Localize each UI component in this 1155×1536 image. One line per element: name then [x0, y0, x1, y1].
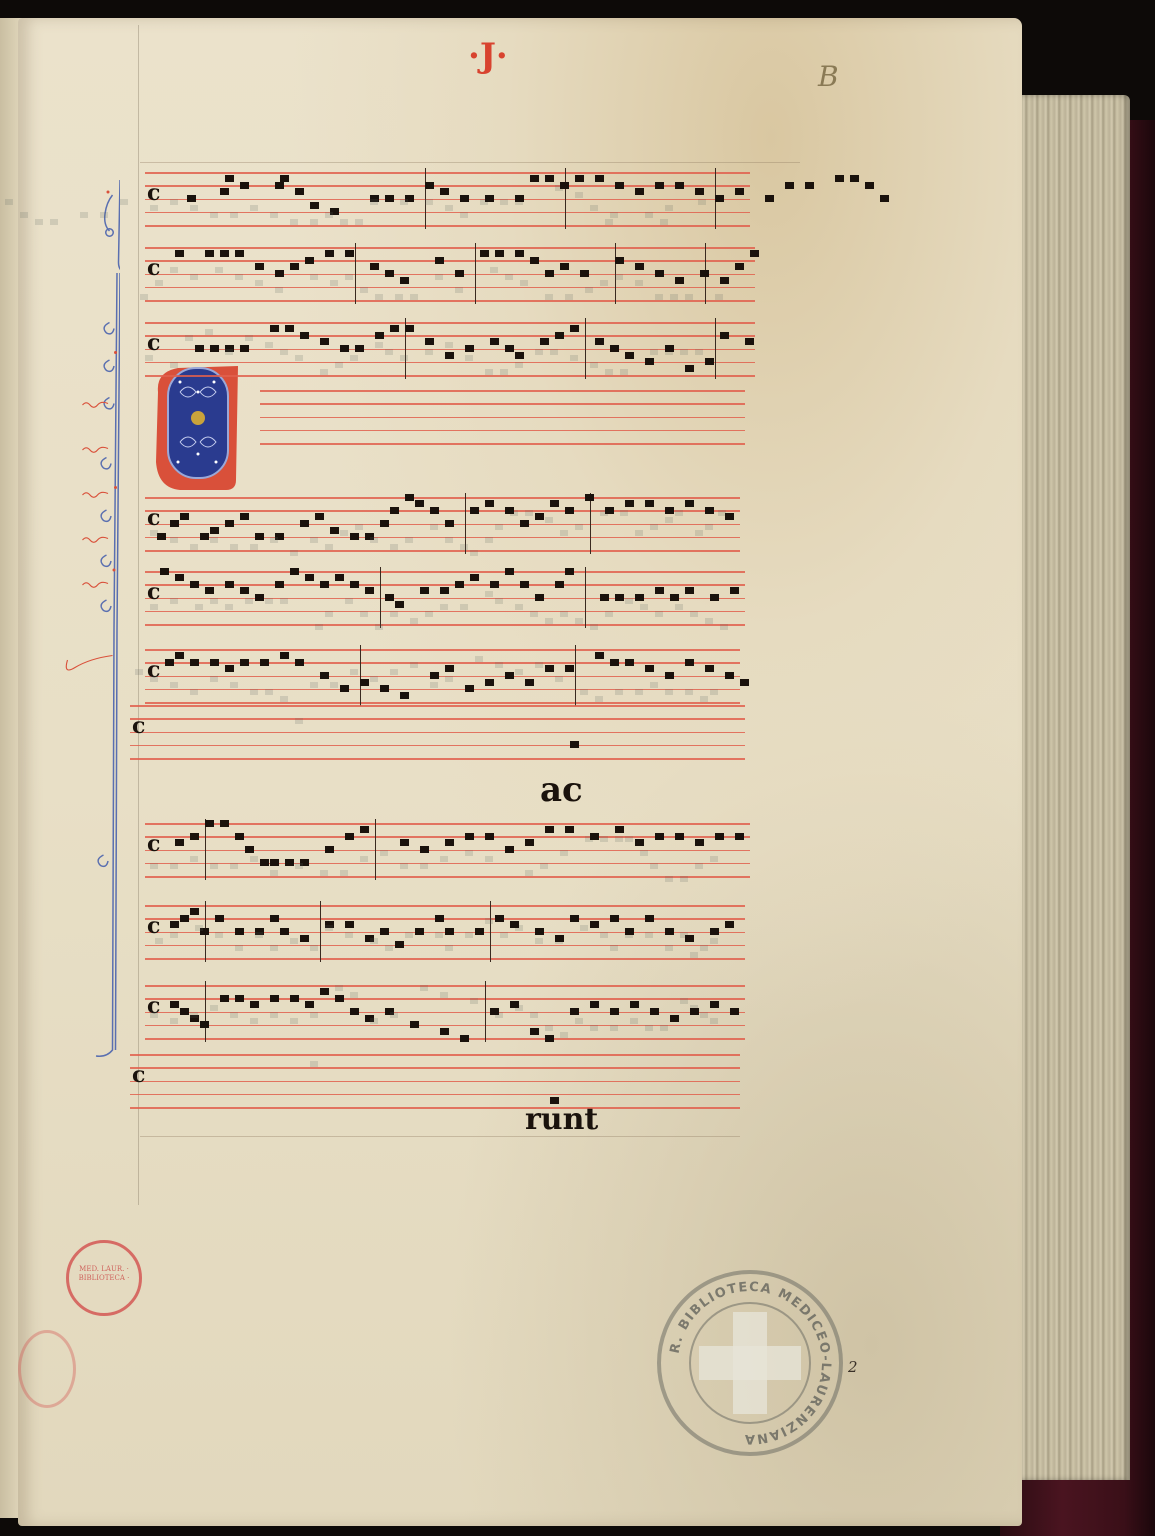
bleed-through-mark [195, 604, 203, 610]
bar-line [475, 243, 476, 304]
neume-note [225, 520, 234, 527]
bleed-through-mark [555, 676, 563, 682]
neume-note [380, 520, 389, 527]
neume-note [190, 659, 199, 666]
neume-note [385, 195, 394, 202]
neume-note [260, 659, 269, 666]
neume-note [175, 574, 184, 581]
bleed-through-mark [485, 369, 493, 375]
neume-note [645, 358, 654, 365]
initial-letter-u [150, 362, 248, 492]
neume-note [555, 935, 564, 942]
staff-line [145, 362, 755, 364]
neume-note [695, 839, 704, 846]
neume-note [485, 500, 494, 507]
bleed-through-mark [560, 850, 568, 856]
bleed-through-mark [5, 199, 13, 205]
neume-note [295, 659, 304, 666]
bleed-through-mark [225, 349, 233, 355]
neume-note [690, 1008, 699, 1015]
neume-note [275, 182, 284, 189]
neume-note [400, 277, 409, 284]
bleed-through-mark [660, 1025, 668, 1031]
bleed-through-mark [190, 689, 198, 695]
bleed-through-mark [455, 287, 463, 293]
neume-note [350, 1008, 359, 1015]
neume-note [435, 257, 444, 264]
neume-note [280, 175, 289, 182]
neume-note [535, 928, 544, 935]
bleed-through-mark [230, 863, 238, 869]
neume-note [560, 263, 569, 270]
neume-note [525, 679, 534, 686]
staff-line [130, 1094, 740, 1096]
bleed-through-mark [170, 682, 178, 688]
staff-line [145, 676, 740, 678]
neume-note [725, 513, 734, 520]
bleed-through-mark [170, 362, 178, 368]
bleed-through-mark [170, 199, 178, 205]
neume-note [460, 1035, 469, 1042]
bleed-through-mark [595, 696, 603, 702]
neume-note [590, 1001, 599, 1008]
neume-note [595, 175, 604, 182]
neume-note [240, 587, 249, 594]
bleed-through-mark [390, 611, 398, 617]
staff-line [145, 322, 755, 324]
staff-line [145, 375, 755, 377]
neume-note [630, 1001, 639, 1008]
neume-note [430, 507, 439, 514]
neume-note [740, 679, 749, 686]
bleed-through-mark [530, 611, 538, 617]
staff-line [260, 403, 745, 405]
neume-note [330, 527, 339, 534]
bleed-through-mark [700, 945, 708, 951]
neume-note [470, 574, 479, 581]
neume-note [355, 345, 364, 352]
neume-note [350, 533, 359, 540]
staff-line [145, 225, 750, 227]
neume-note [545, 665, 554, 672]
bleed-through-mark [295, 863, 303, 869]
bar-line [565, 168, 566, 229]
bleed-through-mark [485, 537, 493, 543]
bleed-through-mark [185, 335, 193, 341]
bleed-through-mark [190, 544, 198, 550]
bleed-through-mark [495, 598, 503, 604]
staff-line [260, 430, 745, 432]
bleed-through-mark [580, 689, 588, 695]
bleed-through-mark [385, 945, 393, 951]
bleed-through-mark [360, 287, 368, 293]
neume-note [365, 587, 374, 594]
neume-note [415, 500, 424, 507]
neume-note [395, 601, 404, 608]
bleed-through-mark [250, 1018, 258, 1024]
neume-note [610, 1008, 619, 1015]
manuscript-leaf [18, 18, 1022, 1526]
bleed-through-mark [425, 199, 433, 205]
neume-note [715, 833, 724, 840]
neume-note [590, 833, 599, 840]
bleed-through-mark [645, 932, 653, 938]
neume-note [705, 665, 714, 672]
bleed-through-mark [445, 342, 453, 348]
bar-line [485, 981, 486, 1042]
bleed-through-mark [520, 280, 528, 286]
neume-note [505, 672, 514, 679]
staff-line [145, 349, 755, 351]
bar-line [590, 493, 591, 554]
bleed-through-mark [275, 287, 283, 293]
neume-note [310, 202, 319, 209]
bleed-through-mark [705, 524, 713, 530]
neume-note [455, 581, 464, 588]
bleed-through-mark [255, 932, 263, 938]
ruling-top [140, 162, 800, 163]
bleed-through-mark [500, 932, 508, 938]
bleed-through-mark [290, 938, 298, 944]
bleed-through-mark [485, 918, 493, 924]
neume-note [515, 250, 524, 257]
neume-note [440, 188, 449, 195]
bleed-through-mark [420, 985, 428, 991]
bleed-through-mark [330, 280, 338, 286]
bleed-through-mark [345, 598, 353, 604]
neume-note [730, 1008, 739, 1015]
bleed-through-mark [310, 1012, 318, 1018]
neume-note [350, 581, 359, 588]
neume-note [175, 652, 184, 659]
bleed-through-mark [310, 1061, 318, 1067]
bleed-through-mark [150, 604, 158, 610]
neume-note [210, 527, 219, 534]
bleed-through-mark [215, 267, 223, 273]
neume-note [485, 679, 494, 686]
neume-note [195, 345, 204, 352]
neume-note [565, 507, 574, 514]
c-clef: c [147, 505, 160, 531]
bleed-through-mark [715, 294, 723, 300]
staff-line [145, 537, 740, 539]
neume-note [650, 1008, 659, 1015]
bleed-through-mark [155, 938, 163, 944]
bleed-through-mark [700, 1012, 708, 1018]
bar-line [490, 901, 491, 962]
bleed-through-mark [265, 342, 273, 348]
neume-note [615, 257, 624, 264]
neume-note [560, 182, 569, 189]
bleed-through-mark [665, 945, 673, 951]
bleed-through-mark [435, 274, 443, 280]
stamp-text: MED. LAUR. · BIBLIOTECA · [74, 1265, 134, 1283]
neume-note [290, 263, 299, 270]
neume-note [545, 826, 554, 833]
neume-note [555, 581, 564, 588]
neume-note [325, 846, 334, 853]
bleed-through-mark [698, 199, 706, 205]
staff-line [130, 705, 745, 707]
neume-note [385, 270, 394, 277]
neume-note [470, 507, 479, 514]
neume-note [705, 358, 714, 365]
bleed-through-mark [665, 517, 673, 523]
bar-line [585, 567, 586, 628]
bleed-through-mark [280, 349, 288, 355]
staff-line [260, 390, 745, 392]
neume-note [735, 188, 744, 195]
neume-note [590, 921, 599, 928]
bleed-through-mark [605, 219, 613, 225]
bleed-through-mark [640, 604, 648, 610]
ruling-bottom [140, 1136, 740, 1137]
neume-note [565, 826, 574, 833]
penwork-border [60, 40, 120, 1220]
staff-line [145, 624, 745, 626]
staff-line [145, 550, 740, 552]
bleed-through-mark [485, 856, 493, 862]
c-clef: c [147, 831, 160, 857]
staff-line [145, 649, 740, 651]
bleed-through-mark [615, 836, 623, 842]
neume-note [190, 581, 199, 588]
staff-line [145, 662, 740, 664]
bleed-through-mark [600, 932, 608, 938]
neume-note [495, 915, 504, 922]
neume-note [665, 672, 674, 679]
bleed-through-mark [670, 294, 678, 300]
bar-line [380, 567, 381, 628]
bleed-through-mark [230, 682, 238, 688]
staff-system [260, 390, 745, 445]
bleed-through-mark [445, 945, 453, 951]
bleed-through-mark [665, 876, 673, 882]
bleed-through-mark [400, 355, 408, 361]
neume-note [187, 195, 196, 202]
neume-note [610, 345, 619, 352]
bleed-through-mark [230, 1012, 238, 1018]
neume-note [400, 839, 409, 846]
bar-line [375, 819, 376, 880]
neume-note [465, 685, 474, 692]
staff-line [145, 335, 755, 337]
bleed-through-mark [270, 1012, 278, 1018]
bleed-through-mark [615, 274, 623, 280]
bleed-through-mark [35, 219, 43, 225]
neume-note [335, 574, 344, 581]
neume-note [730, 587, 739, 594]
bleed-through-mark [640, 850, 648, 856]
neume-note [405, 494, 414, 501]
bleed-through-mark [290, 1018, 298, 1024]
neume-note [465, 345, 474, 352]
bleed-through-mark [620, 369, 628, 375]
neume-note [670, 594, 679, 601]
bleed-through-mark [150, 676, 158, 682]
neume-note [535, 513, 544, 520]
neume-note [880, 195, 889, 202]
staff-line [145, 876, 750, 878]
neume-note [320, 581, 329, 588]
bleed-through-mark [370, 199, 378, 205]
bleed-through-mark [270, 537, 278, 543]
bleed-through-mark [345, 274, 353, 280]
neume-note [440, 1028, 449, 1035]
bleed-through-mark [245, 335, 253, 341]
neume-note [570, 325, 579, 332]
neume-note [255, 594, 264, 601]
neume-note [635, 839, 644, 846]
neume-note [305, 257, 314, 264]
neume-note [805, 182, 814, 189]
staff-line [145, 689, 740, 691]
bleed-through-mark [120, 199, 128, 205]
neume-note [360, 679, 369, 686]
staff-line [130, 1067, 740, 1069]
neume-note [625, 928, 634, 935]
bleed-through-mark [375, 624, 383, 630]
staff-system: c [145, 571, 745, 626]
staff-system: c [145, 985, 745, 1040]
neume-note [600, 594, 609, 601]
neume-note [275, 270, 284, 277]
bleed-through-mark [265, 598, 273, 604]
bleed-through-mark [525, 510, 533, 516]
bleed-through-mark [405, 932, 413, 938]
bleed-through-mark [190, 1012, 198, 1018]
bleed-through-mark [600, 280, 608, 286]
bleed-through-mark [705, 618, 713, 624]
bleed-through-mark [710, 856, 718, 862]
bleed-through-mark [635, 689, 643, 695]
bleed-through-mark [540, 863, 548, 869]
neume-note [400, 692, 409, 699]
bleed-through-mark [210, 1005, 218, 1011]
bleed-through-mark [605, 369, 613, 375]
bleed-through-mark [575, 618, 583, 624]
neume-note [285, 325, 294, 332]
bleed-through-mark [630, 1018, 638, 1024]
staff-line [145, 702, 740, 704]
neume-note [345, 250, 354, 257]
neume-note [520, 520, 529, 527]
bleed-through-mark [580, 925, 588, 931]
neume-note [270, 325, 279, 332]
staff-line [145, 1025, 745, 1027]
bleed-through-mark [615, 689, 623, 695]
neume-note [290, 568, 299, 575]
bar-line [715, 318, 716, 379]
bleed-through-mark [475, 656, 483, 662]
staff-line [130, 758, 745, 760]
neume-note [180, 1008, 189, 1015]
neume-note [395, 941, 404, 948]
bleed-through-mark [145, 355, 153, 361]
neume-note [685, 935, 694, 942]
neume-note [435, 915, 444, 922]
neume-note [635, 188, 644, 195]
bleed-through-mark [395, 294, 403, 300]
neume-note [575, 175, 584, 182]
staff-line [130, 1107, 740, 1109]
bleed-through-mark [710, 689, 718, 695]
staff-line [145, 958, 745, 960]
bleed-through-mark [600, 836, 608, 842]
bleed-through-mark [195, 925, 203, 931]
neume-note [570, 741, 579, 748]
neume-note [510, 1001, 519, 1008]
bar-line [205, 981, 206, 1042]
bleed-through-mark [700, 696, 708, 702]
neume-note [715, 195, 724, 202]
neume-note [245, 846, 254, 853]
neume-note [290, 995, 299, 1002]
neume-note [300, 332, 309, 339]
bleed-through-mark [645, 1025, 653, 1031]
neume-note [675, 182, 684, 189]
neume-note [490, 1008, 499, 1015]
bleed-through-mark [290, 550, 298, 556]
bleed-through-mark [445, 537, 453, 543]
neume-note [465, 833, 474, 840]
neume-note [625, 352, 634, 359]
neume-note [510, 921, 519, 928]
neume-note [615, 594, 624, 601]
bleed-through-mark [655, 294, 663, 300]
bleed-through-mark [410, 294, 418, 300]
bleed-through-mark [325, 544, 333, 550]
library-stamp-red: MED. LAUR. · BIBLIOTECA · [66, 1240, 142, 1316]
neume-note [665, 928, 674, 935]
neume-note [785, 182, 794, 189]
bleed-through-mark [650, 863, 658, 869]
neume-note [725, 921, 734, 928]
neume-note [670, 1015, 679, 1022]
c-clef: c [132, 1062, 145, 1088]
neume-note [445, 352, 454, 359]
bleed-through-mark [435, 932, 443, 938]
bleed-through-mark [310, 945, 318, 951]
bleed-through-mark [270, 212, 278, 218]
neume-note [160, 568, 169, 575]
bleed-through-mark [340, 870, 348, 876]
staff-line [130, 732, 745, 734]
bleed-through-mark [710, 938, 718, 944]
neume-note [170, 520, 179, 527]
neume-note [515, 195, 524, 202]
neume-note [850, 175, 859, 182]
neume-note [530, 175, 539, 182]
bleed-through-mark [325, 611, 333, 617]
neume-note [725, 672, 734, 679]
bleed-through-mark [410, 662, 418, 668]
neume-note [685, 587, 694, 594]
staff-line [260, 417, 745, 419]
neume-note [175, 250, 184, 257]
neume-note [320, 672, 329, 679]
neume-note [610, 915, 619, 922]
neume-note [255, 533, 264, 540]
neume-note [335, 995, 344, 1002]
bleed-through-mark [135, 669, 143, 675]
bleed-through-mark [350, 669, 358, 675]
page-number: 2 [848, 1358, 858, 1376]
bleed-through-mark [440, 604, 448, 610]
neume-note [380, 685, 389, 692]
neume-note [720, 277, 729, 284]
staff-line [145, 497, 740, 499]
